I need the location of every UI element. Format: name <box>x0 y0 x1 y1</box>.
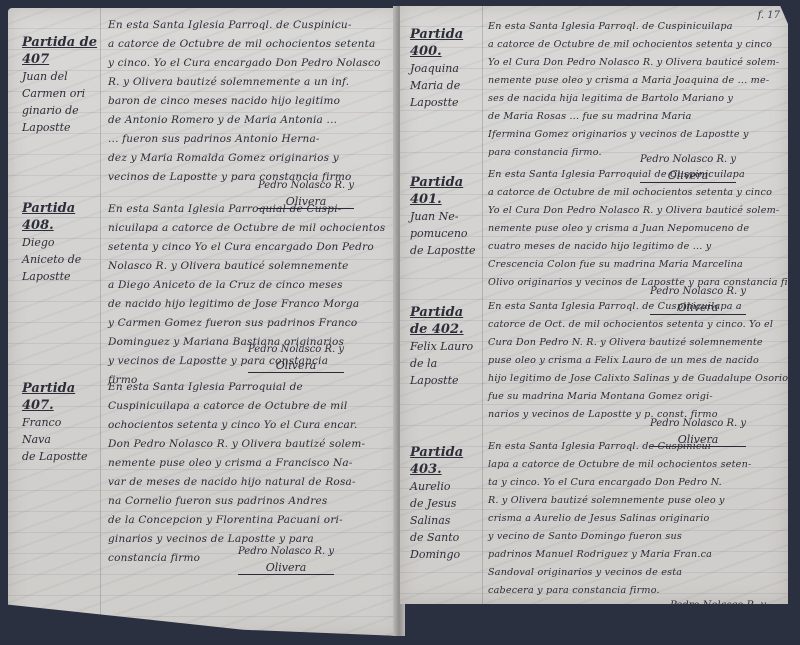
body-line: nemente puse oleo y crisma a Maria Joaqu… <box>488 72 779 90</box>
entry-name-line: de Lapostte <box>22 448 100 465</box>
entry-margin-note: Partida de 402. Felix Lauro de la Lapost… <box>410 304 482 389</box>
entry-name-line: Joaquina <box>410 60 482 77</box>
signature-line: Pedro Nolasco R. y <box>248 344 344 355</box>
body-line: a Diego Aniceto de la Cruz de cinco mese… <box>108 276 385 295</box>
signature-name: Olivera <box>238 561 334 575</box>
body-line: y cinco. Yo el Cura encargado Don Pedro … <box>108 54 381 73</box>
body-line: Yo el Cura Don Pedro Nolasco R. y Oliver… <box>488 202 788 220</box>
body-line: setenta y cinco Yo el Cura encargado Don… <box>108 238 385 257</box>
entry-margin-note: Partida 407. Franco Nava de Lapostte <box>22 380 100 465</box>
body-line: nemente puse oleo y crisma a Francisco N… <box>108 454 365 473</box>
left-page: Partida de 407 Juan del Carmen ori ginar… <box>8 8 400 636</box>
entry-name-line: Diego <box>22 234 100 251</box>
body-line: a catorce de Octubre de mil ochocientos … <box>488 36 779 54</box>
body-line: Don Pedro Nolasco R. y Olivera bautizé s… <box>108 435 365 454</box>
signature-line: Pedro Nolasco R. y <box>670 600 766 604</box>
entry-body: En esta Santa Iglesia Parroql. de Cuspin… <box>108 16 381 187</box>
body-line: Crescencia Colon fue su madrina Maria Ma… <box>488 256 788 274</box>
entry-number: Partida 407. <box>22 380 100 414</box>
body-line: Cura Don Pedro N. R. y Olivera bautizé s… <box>488 334 788 352</box>
entry-name-line: Nava <box>22 431 100 448</box>
entry-body: En esta Santa Iglesia Parroql. de Cuspin… <box>488 298 788 424</box>
body-line: Yo el Cura Don Pedro Nolasco R. y Oliver… <box>488 54 779 72</box>
entry-name-line: Felix Lauro <box>410 338 482 355</box>
entry-name-line: de Santo <box>410 529 482 546</box>
signature-name: Olivera <box>248 359 344 373</box>
body-line: padrinos Manuel Rodriguez y Maria Fran.c… <box>488 546 751 564</box>
signature-line: Pedro Nolasco R. y <box>650 418 746 429</box>
entry-name-line: Carmen ori <box>22 85 100 102</box>
body-line: de nacido hijo legitimo de Jose Franco M… <box>108 295 385 314</box>
entry-number: Partida 408. <box>22 200 100 234</box>
entry-name-line: ginario de <box>22 102 100 119</box>
body-line: dez y Maria Romalda Gomez originarios y <box>108 149 381 168</box>
entry-body: En esta Santa Iglesia Parroql. de Cuspin… <box>488 18 779 162</box>
body-line: baron de cinco meses nacido hijo legitim… <box>108 92 381 111</box>
entry-name-line: Franco <box>22 414 100 431</box>
body-line: a catorce de Octubre de mil ochocientos … <box>488 184 788 202</box>
signature-line: Pedro Nolasco R. y <box>650 286 746 297</box>
body-line: nicuilapa a catorce de Octubre de mil oc… <box>108 219 385 238</box>
signature-line: Pedro Nolasco R. y <box>258 180 354 191</box>
entry-body: En esta Santa Iglesia Parroquial de Cusp… <box>488 166 788 292</box>
entry-margin-note: Partida 403. Aurelio de Jesus Salinas de… <box>410 444 482 563</box>
body-line: fue su madrina Maria Montana Gomez origi… <box>488 388 788 406</box>
body-line: puse oleo y crisma a Felix Lauro de un m… <box>488 352 788 370</box>
body-line: var de meses de nacido hijo natural de R… <box>108 473 365 492</box>
body-line: R. y Olivera bautizé solemnemente puse o… <box>488 492 751 510</box>
body-line: Nolasco R. y Olivera bauticé solemnement… <box>108 257 385 276</box>
signature-line: Pedro Nolasco R. y <box>640 154 736 165</box>
entry-name-line: Lapostte <box>410 372 482 389</box>
entry-name-line: Lapostte <box>410 94 482 111</box>
priest-signature: Pedro Nolasco R. y Olivera <box>248 344 344 373</box>
entry-margin-note: Partida de 407 Juan del Carmen ori ginar… <box>22 34 100 136</box>
entry-name-line: Juan del <box>22 68 100 85</box>
body-line: En esta Santa Iglesia Parroql. de Cuspin… <box>488 298 788 316</box>
entry-name-line: Aurelio <box>410 478 482 495</box>
entry-number: Partida 403. <box>410 444 482 478</box>
entry-name-line: de Jesus <box>410 495 482 512</box>
body-line: Cuspinicuilapa a catorce de Octubre de m… <box>108 397 365 416</box>
entry-name-line: Salinas <box>410 512 482 529</box>
body-line: En esta Santa Iglesia Parroql. de Cuspin… <box>488 438 751 456</box>
body-line: y vecino de Santo Domingo fueron sus <box>488 528 751 546</box>
body-line: cabecera y para constancia firmo. <box>488 582 751 600</box>
body-line: Ifermina Gomez originarios y vecinos de … <box>488 126 779 144</box>
priest-signature: Pedro Nolasco R. y Olivera <box>238 546 334 575</box>
entry-name-line: Maria de <box>410 77 482 94</box>
entry-margin-note: Partida 400. Joaquina Maria de Lapostte <box>410 26 482 111</box>
body-line: En esta Santa Iglesia Parroql. de Cuspin… <box>108 16 381 35</box>
right-page: f. 17 Partida 400. Joaquina Maria de Lap… <box>400 6 788 604</box>
body-line: ... fueron sus padrinos Antonio Herna- <box>108 130 381 149</box>
body-line: catorce de Oct. de mil ochocientos seten… <box>488 316 788 334</box>
body-line: y Carmen Gomez fueron sus padrinos Franc… <box>108 314 385 333</box>
entry-name-line: de Lapostte <box>410 242 482 259</box>
entry-body: En esta Santa Iglesia Parroql. de Cuspin… <box>488 438 751 600</box>
margin-rule <box>482 6 483 604</box>
body-line: nemente puse oleo y crisma a Juan Nepomu… <box>488 220 788 238</box>
body-line: ses de nacida hija legitima de Bartolo M… <box>488 90 779 108</box>
body-line: a catorce de Octubre de mil ochocientos … <box>108 35 381 54</box>
body-line: En esta Santa Iglesia Parroquial de Cusp… <box>108 200 385 219</box>
body-line: ochocientos setenta y cinco Yo el Cura e… <box>108 416 365 435</box>
body-line: R. y Olivera bautizé solemnemente a un i… <box>108 73 381 92</box>
body-line: lapa a catorce de Octubre de mil ochocie… <box>488 456 751 474</box>
body-line: En esta Santa Iglesia Parroquial de <box>108 378 365 397</box>
priest-signature: Pedro Nolasco R. y Olivera <box>670 600 766 604</box>
entry-name-line: pomuceno <box>410 225 482 242</box>
body-line: hijo legitimo de Jose Calixto Salinas y … <box>488 370 788 388</box>
body-line: En esta Santa Iglesia Parroquial de Cusp… <box>488 166 788 184</box>
body-line: cuatro meses de nacido hijo legitimo de … <box>488 238 788 256</box>
body-line: En esta Santa Iglesia Parroql. de Cuspin… <box>488 18 779 36</box>
entry-name-line: Aniceto de <box>22 251 100 268</box>
body-line: ta y cinco. Yo el Cura encargado Don Ped… <box>488 474 751 492</box>
entry-margin-note: Partida 408. Diego Aniceto de Lapostte <box>22 200 100 285</box>
body-line: Sandoval originarios y vecinos de esta <box>488 564 751 582</box>
body-line: de Antonio Romero y de Maria Antonia ... <box>108 111 381 130</box>
body-line: crisma a Aurelio de Jesus Salinas origin… <box>488 510 751 528</box>
margin-rule <box>100 8 101 636</box>
body-line: na Cornelio fueron sus padrinos Andres <box>108 492 365 511</box>
body-line: de Maria Rosas ... fue su madrina Maria <box>488 108 779 126</box>
entry-number: Partida de 407 <box>22 34 100 68</box>
entry-name-line: Domingo <box>410 546 482 563</box>
body-line: de la Concepcion y Florentina Pacuani or… <box>108 511 365 530</box>
entry-number: Partida 400. <box>410 26 482 60</box>
entry-name-line: de la <box>410 355 482 372</box>
entry-name-line: Lapostte <box>22 119 100 136</box>
entry-margin-note: Partida 401. Juan Ne- pomuceno de Lapost… <box>410 174 482 259</box>
entry-body: En esta Santa Iglesia Parroquial de Cusp… <box>108 378 365 568</box>
entry-number: Partida de 402. <box>410 304 482 338</box>
entry-number: Partida 401. <box>410 174 482 208</box>
entry-name-line: Lapostte <box>22 268 100 285</box>
entry-name-line: Juan Ne- <box>410 208 482 225</box>
signature-line: Pedro Nolasco R. y <box>238 546 334 557</box>
